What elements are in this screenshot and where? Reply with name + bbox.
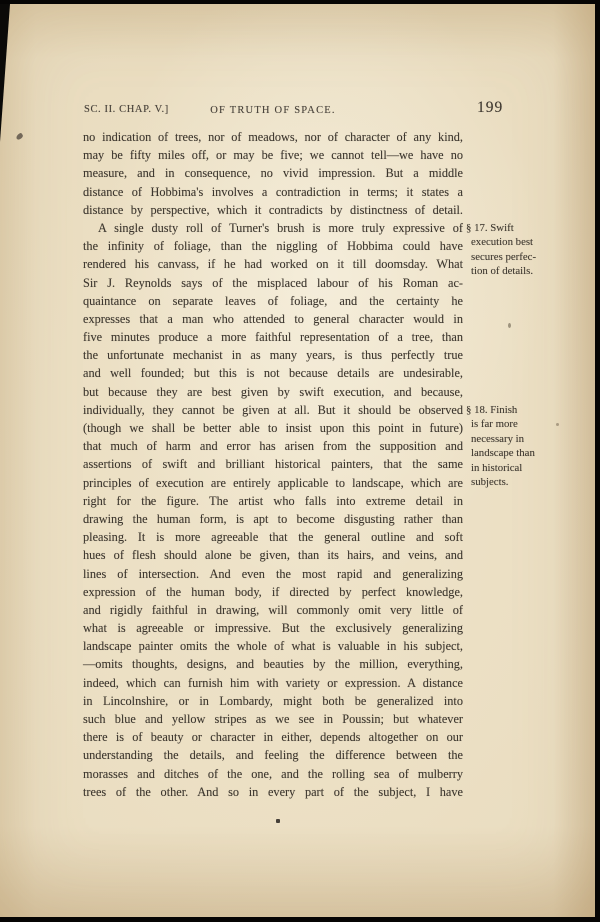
text-line: drawing the human form, is apt to become…: [83, 510, 463, 528]
text-line: morasses and ditches of the one, and the…: [83, 765, 463, 783]
text-line: there is of beauty or character in eithe…: [83, 728, 463, 746]
scan-corner-shadow: [0, 4, 10, 142]
text-line: indeed, which can furnish him with varie…: [83, 674, 463, 692]
note-line: subjects.: [466, 475, 556, 489]
margin-note-17: § 17. Swiftexecution bestsecures perfec-…: [466, 221, 556, 279]
text-line: may be fifty miles off, or may be five; …: [83, 146, 463, 164]
text-line: (though we shall be better able to insis…: [83, 419, 463, 437]
text-line: trees of the other. And so in every part…: [83, 783, 463, 801]
note-line: § 18. Finish: [466, 403, 556, 417]
text-line: principles of execution are entirely app…: [83, 474, 463, 492]
note-line: execution best: [466, 235, 556, 249]
text-line: in Lincolnshire, or in Lombardy, might b…: [83, 692, 463, 710]
text-line: individually, they cannot be given at al…: [83, 401, 463, 419]
ink-speck: [556, 423, 559, 426]
header-running-title: OF TRUTH OF SPACE.: [83, 105, 463, 116]
text-line: the unfortunate mechanist in as many yea…: [83, 346, 463, 364]
note-line: secures perfec-: [466, 250, 556, 264]
text-line: pleasing. It is more agreeable that the …: [83, 528, 463, 546]
text-line: Sir J. Reynolds says of the misplaced la…: [83, 274, 463, 292]
text-line: measure, and in consequence, no vivid im…: [83, 164, 463, 182]
ink-speck: [508, 323, 511, 328]
text-line: rendered his canvass, if he had worked o…: [83, 255, 463, 273]
margin-note-18: § 18. Finishis far morenecessary inlands…: [466, 403, 556, 489]
note-line: necessary in: [466, 432, 556, 446]
note-line: landscape than: [466, 446, 556, 460]
text-line: such blue and yellow stripes as we see i…: [83, 710, 463, 728]
ink-speck: [15, 132, 24, 140]
ink-speck: [276, 819, 280, 823]
text-line: and rigidly faithful in drawing, will co…: [83, 601, 463, 619]
text-line: distance of Hobbima's involves a contrad…: [83, 183, 463, 201]
text-line: five minutes produce a more faithful rep…: [83, 328, 463, 346]
text-line: that much of harm and error has arisen f…: [83, 437, 463, 455]
text-line: no indication of trees, nor of meadows, …: [83, 128, 463, 146]
body-text: no indication of trees, nor of meadows, …: [83, 128, 463, 801]
text-line: quaintance on separate leaves of foliage…: [83, 292, 463, 310]
text-line: assertions of swift and brilliant histor…: [83, 455, 463, 473]
ink-speck: [149, 501, 151, 505]
text-line: what is agreeable or impressive. But the…: [83, 619, 463, 637]
note-line: § 17. Swift: [466, 221, 556, 235]
text-line: —omits thoughts, designs, and beauties b…: [83, 655, 463, 673]
text-line: A single dusty roll of Turner's brush is…: [83, 219, 463, 237]
text-line: but because they are best given by swift…: [83, 383, 463, 401]
page-number: 199: [477, 99, 503, 117]
note-line: tion of details.: [466, 264, 556, 278]
text-line: right for the figure. The artist who fal…: [83, 492, 463, 510]
text-line: landscape painter omits the whole of wha…: [83, 637, 463, 655]
text-line: expresses that a man who attended to gen…: [83, 310, 463, 328]
note-line: is far more: [466, 417, 556, 431]
text-line: hues of flesh should alone be given, tha…: [83, 546, 463, 564]
text-line: distance by perspective, which it contra…: [83, 201, 463, 219]
note-line: in historical: [466, 461, 556, 475]
book-page: SC. II. CHAP. V.] OF TRUTH OF SPACE. 199…: [0, 4, 595, 917]
text-line: expression of the human body, if directe…: [83, 583, 463, 601]
text-line: lines of intersection. And even the most…: [83, 565, 463, 583]
text-line: understanding the details, and feeling t…: [83, 746, 463, 764]
text-line: and well founded; but this is not becaus…: [83, 364, 463, 382]
text-line: the infinity of foliage, than the niggli…: [83, 237, 463, 255]
